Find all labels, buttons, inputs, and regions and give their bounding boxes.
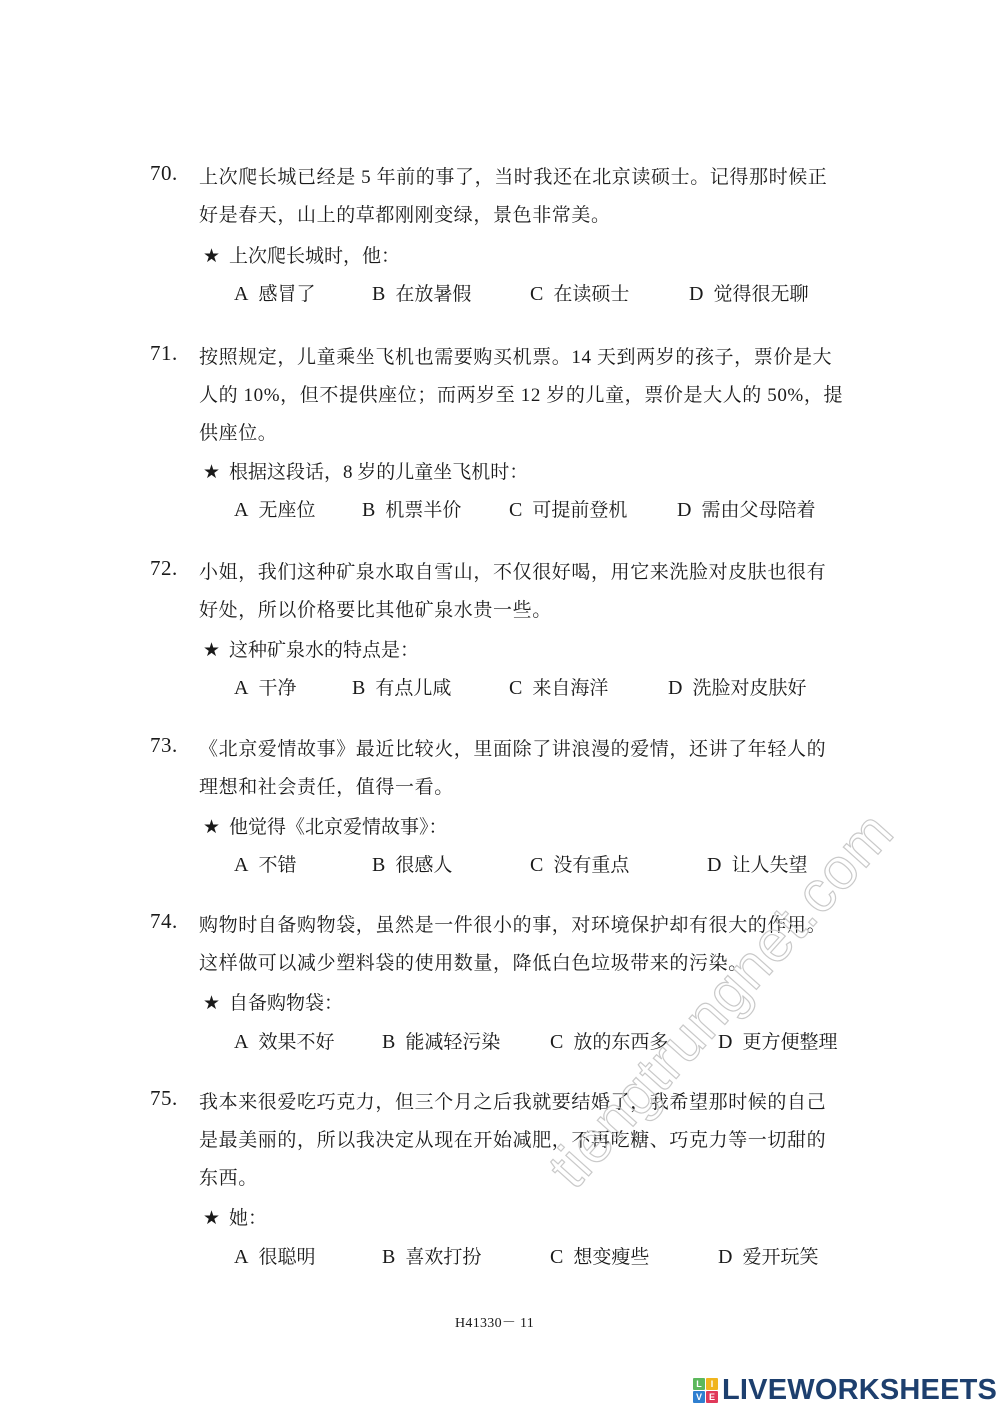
option-letter: D	[668, 677, 682, 700]
option-text: 洗脸对皮肤好	[692, 678, 806, 699]
option-c[interactable]: C想变瘦些	[550, 1242, 649, 1269]
passage-line: 理想和社会责任，值得一看。	[199, 772, 454, 799]
option-letter: C	[509, 499, 522, 522]
passage-line: 这样做可以减少塑料袋的使用数量，降低白色垃圾带来的污染。	[199, 948, 748, 975]
option-text: 让人失望	[731, 855, 807, 876]
option-text: 很感人	[395, 855, 452, 876]
option-c[interactable]: C放的东西多	[550, 1027, 668, 1054]
option-d[interactable]: D需由父母陪着	[677, 495, 815, 522]
brand-text: LIVEWORKSHEETS	[722, 1374, 997, 1407]
option-text: 不错	[258, 855, 296, 876]
option-c[interactable]: C没有重点	[530, 850, 629, 877]
option-letter: C	[550, 1246, 563, 1269]
passage-line: 《北京爱情故事》最近比较火，里面除了讲浪漫的爱情，还讲了年轻人的	[199, 734, 826, 761]
option-a[interactable]: A干净	[234, 673, 296, 700]
option-text: 放的东西多	[573, 1032, 668, 1053]
grid-cell-v: V	[693, 1391, 705, 1403]
option-letter: A	[234, 499, 248, 522]
option-text: 效果不好	[258, 1032, 334, 1053]
live-grid-icon: L I V E	[693, 1378, 718, 1403]
option-a[interactable]: A不错	[234, 850, 296, 877]
question-number: 71.	[150, 341, 178, 366]
option-letter: C	[550, 1031, 563, 1054]
option-letter: A	[234, 283, 248, 306]
star-icon: ★	[203, 639, 229, 662]
option-text: 在放暑假	[395, 284, 471, 305]
prompt-text: 自备购物袋：	[229, 993, 343, 1014]
option-letter: C	[530, 854, 543, 877]
option-letter: B	[372, 283, 385, 306]
question-prompt: ★这种矿泉水的特点是：	[203, 635, 419, 662]
option-d[interactable]: D洗脸对皮肤好	[668, 673, 806, 700]
option-letter: D	[677, 499, 691, 522]
option-a[interactable]: A感冒了	[234, 279, 315, 306]
option-c[interactable]: C在读硕士	[530, 279, 629, 306]
option-letter: B	[382, 1031, 395, 1054]
option-letter: A	[234, 677, 248, 700]
option-text: 没有重点	[553, 855, 629, 876]
option-text: 很聪明	[258, 1247, 315, 1268]
option-d[interactable]: D觉得很无聊	[689, 279, 808, 306]
option-text: 需由父母陪着	[701, 500, 815, 521]
option-b[interactable]: B能减轻污染	[382, 1027, 500, 1054]
option-text: 可提前登机	[532, 500, 627, 521]
option-text: 无座位	[258, 500, 315, 521]
passage-line: 上次爬长城已经是 5 年前的事了，当时我还在北京读硕士。记得那时候正	[199, 162, 827, 189]
passage-line: 按照规定，儿童乘坐飞机也需要购买机票。14 天到两岁的孩子，票价是大	[199, 342, 832, 369]
option-text: 感冒了	[258, 284, 315, 305]
prompt-text: 他觉得《北京爱情故事》：	[229, 817, 448, 838]
question-prompt: ★根据这段话，8 岁的儿童坐飞机时：	[203, 457, 528, 484]
option-b[interactable]: B机票半价	[362, 495, 461, 522]
passage-line: 是最美丽的，所以我决定从现在开始减肥，不再吃糖、巧克力等一切甜的	[199, 1125, 826, 1152]
passage-line: 好处，所以价格要比其他矿泉水贵一些。	[199, 595, 552, 622]
prompt-text: 上次爬长城时，他：	[229, 246, 400, 267]
worksheet-page: 70. 上次爬长城已经是 5 年前的事了，当时我还在北京读硕士。记得那时候正 好…	[0, 0, 1000, 1414]
option-letter: B	[372, 854, 385, 877]
question-prompt: ★自备购物袋：	[203, 988, 343, 1015]
passage-line: 东西。	[199, 1163, 258, 1190]
option-letter: D	[718, 1246, 732, 1269]
option-d[interactable]: D爱开玩笑	[718, 1242, 818, 1269]
option-letter: D	[689, 283, 703, 306]
option-text: 爱开玩笑	[742, 1247, 818, 1268]
passage-line: 我本来很爱吃巧克力，但三个月之后我就要结婚了，我希望那时候的自己	[199, 1087, 826, 1114]
option-letter: C	[530, 283, 543, 306]
passage-line: 购物时自备购物袋，虽然是一件很小的事，对环境保护却有很大的作用。	[199, 910, 826, 937]
prompt-text: 根据这段话，8 岁的儿童坐飞机时：	[229, 462, 528, 483]
option-text: 在读硕士	[553, 284, 629, 305]
star-icon: ★	[203, 1207, 229, 1230]
option-text: 机票半价	[385, 500, 461, 521]
question-prompt: ★她：	[203, 1203, 267, 1230]
option-text: 来自海洋	[532, 678, 608, 699]
option-d[interactable]: D让人失望	[707, 850, 807, 877]
question-number: 75.	[150, 1086, 178, 1111]
question-prompt: ★上次爬长城时，他：	[203, 241, 400, 268]
option-letter: C	[509, 677, 522, 700]
option-letter: A	[234, 1246, 248, 1269]
option-letter: B	[352, 677, 365, 700]
option-b[interactable]: B有点儿咸	[352, 673, 451, 700]
option-a[interactable]: A无座位	[234, 495, 315, 522]
option-b[interactable]: B很感人	[372, 850, 452, 877]
option-a[interactable]: A效果不好	[234, 1027, 334, 1054]
option-letter: D	[718, 1031, 732, 1054]
grid-cell-i: I	[706, 1378, 718, 1390]
option-letter: A	[234, 1031, 248, 1054]
star-icon: ★	[203, 992, 229, 1015]
passage-line: 小姐，我们这种矿泉水取自雪山，不仅很好喝，用它来洗脸对皮肤也很有	[199, 557, 826, 584]
prompt-text: 这种矿泉水的特点是：	[229, 640, 419, 661]
option-letter: A	[234, 854, 248, 877]
question-number: 74.	[150, 909, 178, 934]
option-letter: D	[707, 854, 721, 877]
passage-line: 供座位。	[199, 418, 277, 445]
prompt-text: 她：	[229, 1208, 267, 1229]
grid-cell-e: E	[706, 1391, 718, 1403]
option-text: 能减轻污染	[405, 1032, 500, 1053]
question-number: 73.	[150, 733, 178, 758]
option-letter: B	[362, 499, 375, 522]
question-prompt: ★他觉得《北京爱情故事》：	[203, 812, 448, 839]
option-text: 更方便整理	[742, 1032, 837, 1053]
option-b[interactable]: B喜欢打扮	[382, 1242, 481, 1269]
question-number: 72.	[150, 556, 178, 581]
option-d[interactable]: D更方便整理	[718, 1027, 837, 1054]
page-code: H41330－ 11	[455, 1312, 534, 1332]
option-c[interactable]: C可提前登机	[509, 495, 627, 522]
star-icon: ★	[203, 816, 229, 839]
option-a[interactable]: A很聪明	[234, 1242, 315, 1269]
option-text: 想变瘦些	[573, 1247, 649, 1268]
option-text: 有点儿咸	[375, 678, 451, 699]
star-icon: ★	[203, 245, 229, 268]
question-number: 70.	[150, 161, 178, 186]
grid-cell-l: L	[693, 1378, 705, 1390]
option-text: 干净	[258, 678, 296, 699]
option-letter: B	[382, 1246, 395, 1269]
passage-line: 人的 10%，但不提供座位；而两岁至 12 岁的儿童，票价是大人的 50%，提	[199, 380, 843, 407]
star-icon: ★	[203, 461, 229, 484]
option-text: 觉得很无聊	[713, 284, 808, 305]
option-text: 喜欢打扮	[405, 1247, 481, 1268]
liveworksheets-logo[interactable]: L I V E LIVEWORKSHEETS	[693, 1374, 997, 1406]
passage-line: 好是春天，山上的草都刚刚变绿，景色非常美。	[199, 200, 611, 227]
option-b[interactable]: B在放暑假	[372, 279, 471, 306]
option-c[interactable]: C来自海洋	[509, 673, 608, 700]
